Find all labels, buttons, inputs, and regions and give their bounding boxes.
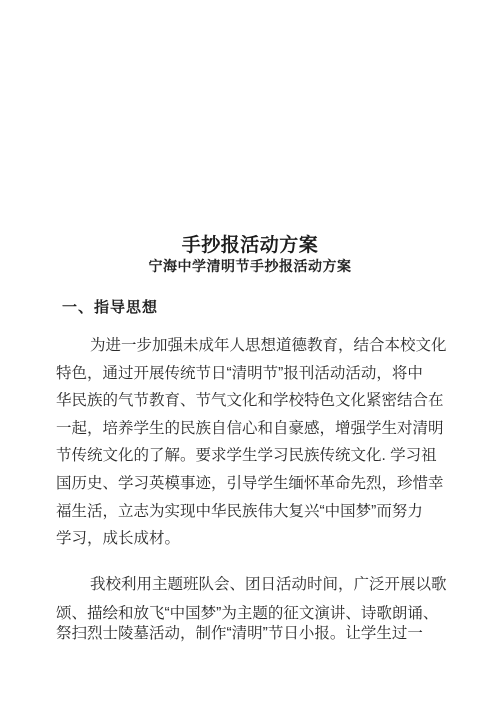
- text-line: 祭扫烈士陵墓活动，制作“清明”节日小报。让学生过一: [56, 624, 448, 644]
- text-line: 特色，通过开展传统节日“清明节”报刊活动活动，将中: [56, 360, 448, 388]
- text-line: 华民族的气节教育、节气文化和学校特色文化紧密结合在: [56, 387, 448, 415]
- text-line: 颂、描绘和放飞“中国梦”为主题的征文演讲、诗歌朗诵、: [56, 604, 448, 624]
- paragraph-2: 我校利用主题班队会、团日活动时间，广泛开展以歌 颂、描绘和放飞“中国梦”为主题的…: [56, 575, 448, 644]
- document-page: 手抄报活动方案 宁海中学清明节手抄报活动方案 一、指导思想 为进一步加强未成年人…: [0, 0, 500, 707]
- text-line: 为进一步加强未成年人思想道德教育，结合本校文化: [56, 332, 448, 360]
- text-line: 一起，培养学生的民族自信心和自豪感，增强学生对清明: [56, 415, 448, 443]
- document-title: 手抄报活动方案: [0, 230, 500, 257]
- text-line: 国历史、学习英模事迹，引导学生缅怀革命先烈，珍惜幸: [56, 470, 448, 498]
- document-subtitle: 宁海中学清明节手抄报活动方案: [0, 256, 500, 276]
- text-line: 我校利用主题班队会、团日活动时间，广泛开展以歌: [56, 575, 448, 595]
- section-heading-guiding-ideology: 一、指导思想: [62, 296, 158, 317]
- text-line: 福生活，立志为实现中华民族伟大复兴“中国梦”而努力: [56, 498, 448, 526]
- paragraph-1: 为进一步加强未成年人思想道德教育，结合本校文化 特色，通过开展传统节日“清明节”…: [56, 332, 448, 553]
- text-line: 节传统文化的了解。要求学生学习民族传统文化. 学习祖: [56, 442, 448, 470]
- text-line: 学习，成长成材。: [56, 525, 448, 553]
